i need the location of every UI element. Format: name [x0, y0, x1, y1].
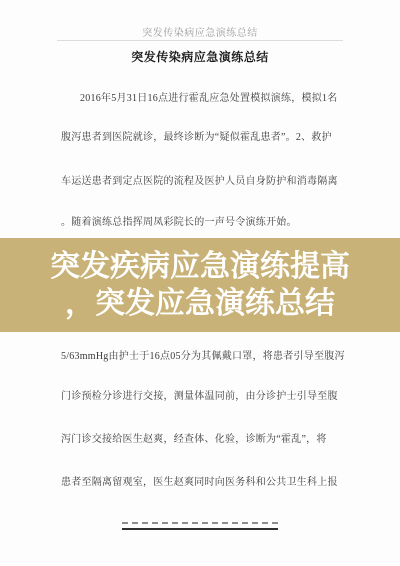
- page-header-text: 突发传染病应急演练总结: [142, 28, 258, 39]
- document-page: 突发传染病应急演练总结 突发传染病应急演练总结 2016年5月31日16点进行霍…: [0, 0, 400, 566]
- dashed-line: [122, 522, 278, 524]
- headline-line-2: ，突发应急演练总结: [65, 285, 335, 322]
- body-line-7: 泻门诊交接给医生赵爽，经查体、化验，诊断为“霍乱”，将: [61, 433, 327, 447]
- body-line-8: 患者至隔离留观室，医生赵爽同时向医务科和公共卫生科上报: [61, 476, 338, 490]
- body-line-2: 腹泻患者到医院就诊，最终诊断为“疑似霍乱患者”。2、救护: [61, 131, 332, 145]
- headline-overlay-banner: 突发疾病应急演练提高 ，突发应急演练总结: [0, 238, 400, 332]
- document-title: 突发传染病应急演练总结: [0, 48, 400, 65]
- body-line-5: 5/63mmHg由护士于16点05分为其佩戴口罩，将患者引导至腹泻: [61, 350, 345, 364]
- body-line-6: 门诊预检分诊进行交接，测量体温同前，由分诊护士引导至腹: [61, 390, 338, 404]
- body-line-3: 车运送患者到定点医院的流程及医护人员自身防护和消毒隔离: [61, 175, 338, 189]
- body-line-4: 。随着演练总指挥周凤彩院长的一声号令演练开始。: [61, 216, 297, 230]
- header-rule-line: [57, 40, 343, 41]
- headline-line-1: 突发疾病应急演练提高: [50, 248, 350, 285]
- signature-divider: [122, 522, 278, 530]
- page-header: 突发传染病应急演练总结: [0, 24, 400, 39]
- body-line-1: 2016年5月31日16点进行霍乱应急处置模拟演练，模拟1名: [80, 92, 338, 106]
- solid-line: [122, 528, 278, 530]
